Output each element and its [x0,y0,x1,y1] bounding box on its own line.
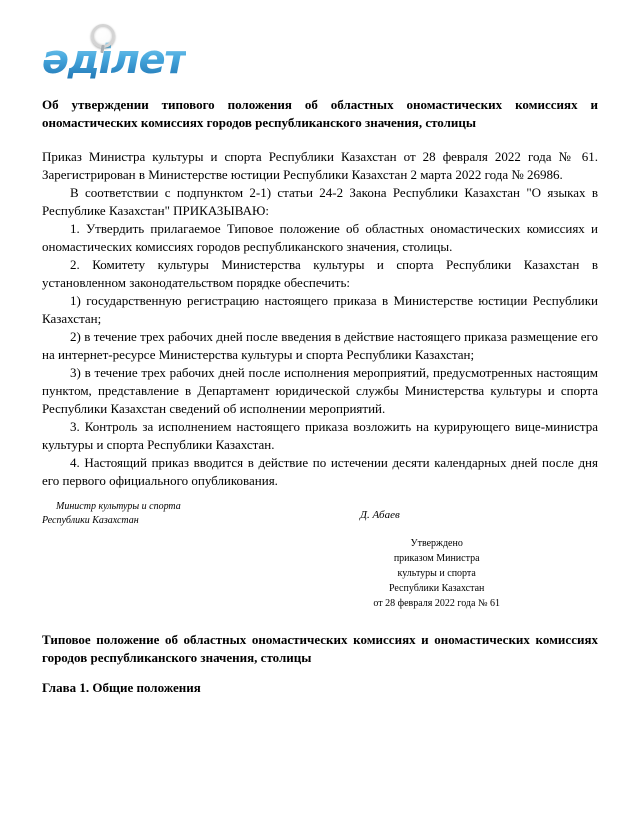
document-page: әділет Об утверждении типового положения… [0,0,640,828]
regulation-title: Типовое положение об областных ономастич… [42,631,598,667]
paragraph-point-2: 2. Комитету культуры Министерства культу… [42,256,598,292]
paragraph-point-3: 3. Контроль за исполнением настоящего пр… [42,418,598,454]
signer-title: Министр культуры и спорта Республики Каз… [42,500,598,528]
signer-name: Д. Абаев [360,508,400,522]
paragraph-subpoint-1: 1) государственную регистрацию настоящег… [42,292,598,328]
signature-row: Министр культуры и спорта Республики Каз… [42,500,598,532]
logo-letter-i: і [98,36,110,84]
logo-text-part3: лет [111,37,186,83]
approval-line: культуры и спорта [373,566,500,581]
chapter-heading: Глава 1. Общие положения [42,679,598,697]
approval-line: приказом Министра [373,551,500,566]
paragraph-preamble: В соответствии с подпунктом 2-1) статьи … [42,184,598,220]
signer-title-line2: Республики Казахстан [42,514,598,528]
approval-stamp: Утверждено приказом Министра культуры и … [373,536,500,611]
adilet-logo: әділет [42,36,598,88]
paragraph-subpoint-3: 3) в течение трех рабочих дней после исп… [42,364,598,418]
signer-title-line1: Министр культуры и спорта [42,500,598,514]
approval-line: Республики Казахстан [373,581,500,596]
approval-line: от 28 февраля 2022 года № 61 [373,596,500,611]
paragraph-subpoint-2: 2) в течение трех рабочих дней после вве… [42,328,598,364]
approval-line: Утверждено [373,536,500,551]
document-title: Об утверждении типового положения об обл… [42,96,598,132]
logo-text-part1: әд [42,37,98,83]
paragraph-point-1: 1. Утвердить прилагаемое Типовое положен… [42,220,598,256]
paragraph-point-4: 4. Настоящий приказ вводится в действие … [42,454,598,490]
order-meta: Приказ Министра культуры и спорта Респуб… [42,148,598,184]
